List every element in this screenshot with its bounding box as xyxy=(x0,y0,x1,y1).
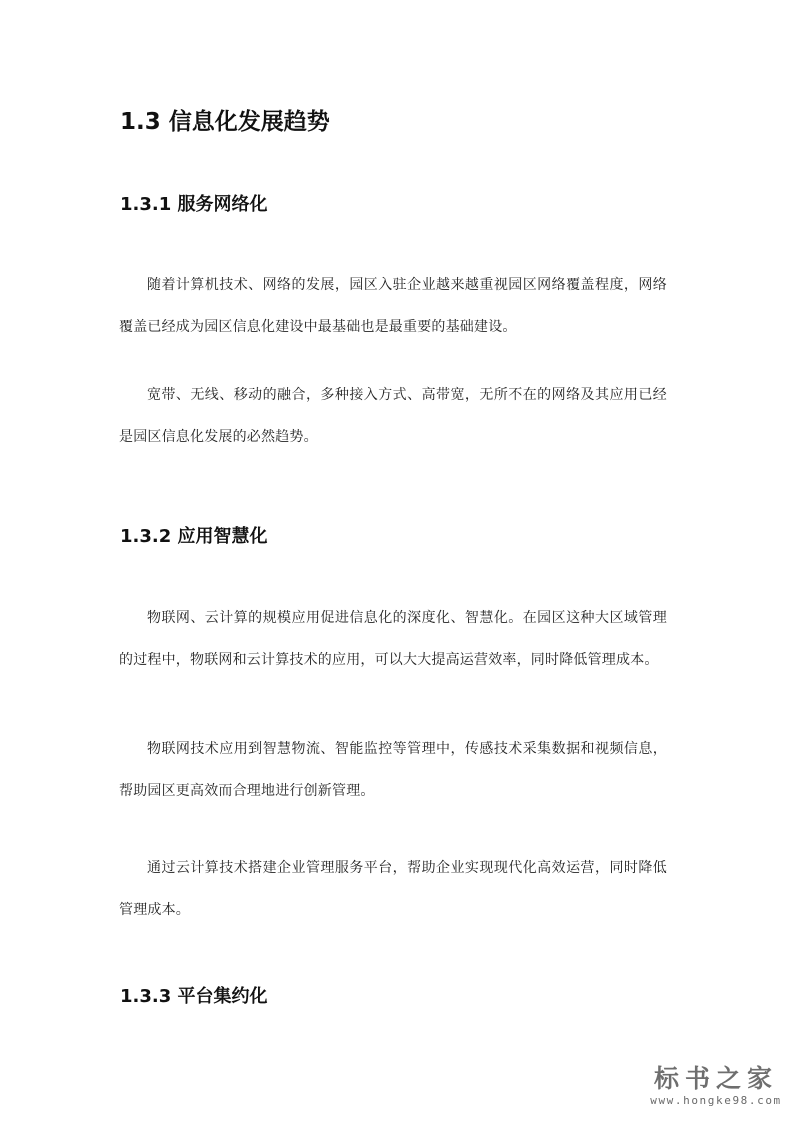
paragraph: 通过云计算技术搭建企业管理服务平台，帮助企业实现现代化高效运营，同时降低管理成本… xyxy=(119,847,667,931)
subsection-title-1-3-3: 1.3.3 平台集约化 xyxy=(120,982,268,1008)
watermark-url: www.hongke98.com xyxy=(641,1094,791,1108)
paragraph: 物联网、云计算的规模应用促进信息化的深度化、智慧化。在园区这种大区域管理的过程中… xyxy=(119,597,667,681)
paragraph: 随着计算机技术、网络的发展，园区入驻企业越来越重视园区网络覆盖程度，网络覆盖已经… xyxy=(119,264,667,348)
paragraph: 物联网技术应用到智慧物流、智能监控等管理中，传感技术采集数据和视频信息，帮助园区… xyxy=(119,728,667,812)
paragraph: 宽带、无线、移动的融合，多种接入方式、高带宽，无所不在的网络及其应用已经是园区信… xyxy=(119,374,667,458)
section-title: 1.3 信息化发展趋势 xyxy=(120,103,330,136)
document-page: 1.3 信息化发展趋势 1.3.1 服务网络化 随着计算机技术、网络的发展，园区… xyxy=(0,0,793,1122)
watermark-logo: 标书之家 www.hongke98.com xyxy=(641,1064,791,1108)
subsection-title-1-3-1: 1.3.1 服务网络化 xyxy=(120,190,268,216)
watermark-title: 标书之家 xyxy=(641,1064,791,1094)
subsection-title-1-3-2: 1.3.2 应用智慧化 xyxy=(120,522,268,548)
